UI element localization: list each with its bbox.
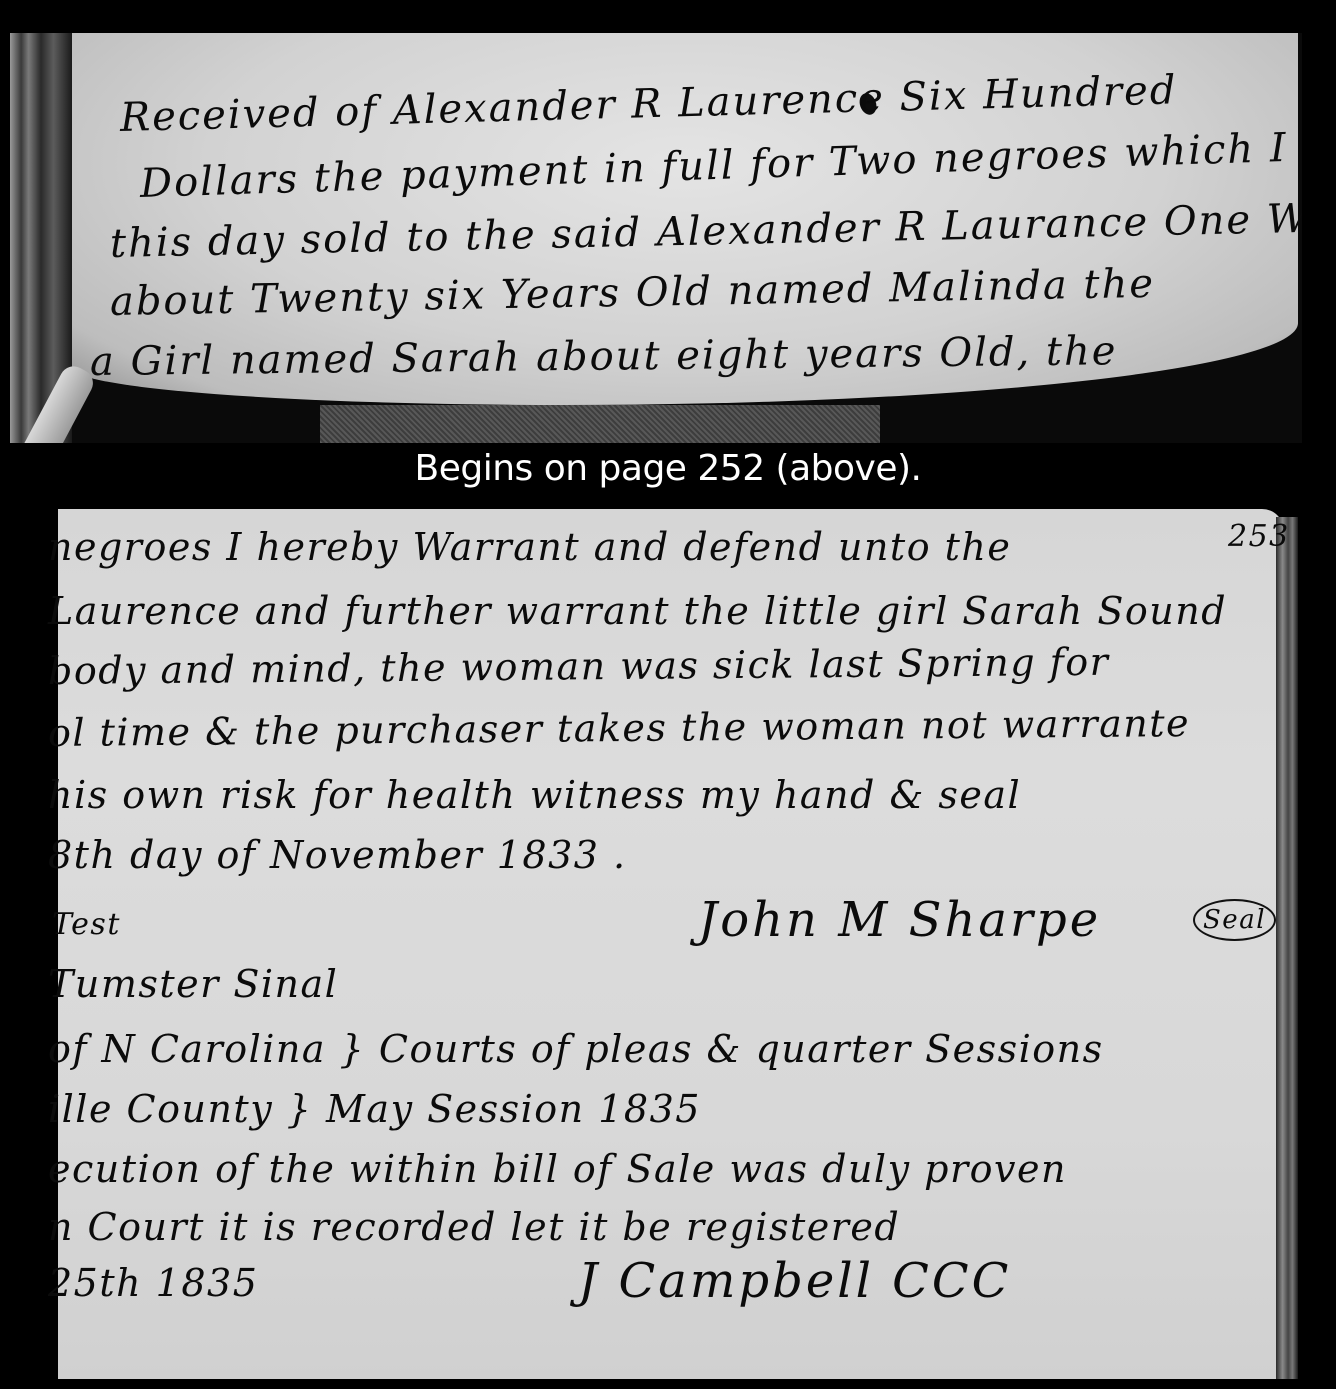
caption-text: Begins on page 252 (above). xyxy=(0,444,1336,494)
court-line: n Court it is recorded let it be registe… xyxy=(48,1205,900,1249)
document-viewer: Received of Alexander R Laurence Six Hun… xyxy=(0,0,1336,1389)
page-253-scan: negroes I hereby Warrant and defend unto… xyxy=(18,497,1318,1389)
court-line: of N Carolina } Courts of pleas & quarte… xyxy=(48,1027,1104,1071)
signature-john-sharpe: John M Sharpe xyxy=(698,892,1101,948)
handwritten-line: negroes I hereby Warrant and defend unto… xyxy=(48,525,1011,569)
page-252-scan: Received of Alexander R Laurence Six Hun… xyxy=(10,33,1302,443)
court-line: ecution of the within bill of Sale was d… xyxy=(48,1147,1067,1191)
frame-border xyxy=(0,1379,1336,1389)
clerk-signature: J Campbell CCC xyxy=(578,1253,1011,1309)
handwritten-line: body and mind, the woman was sick last S… xyxy=(48,640,1110,693)
page-edge xyxy=(1276,517,1298,1389)
court-line: ille County } May Session 1835 xyxy=(48,1087,701,1131)
handwritten-line: 8th day of November 1833 . xyxy=(48,833,627,877)
handwritten-line: Laurence and further warrant the little … xyxy=(48,589,1227,633)
date-note: 25th 1835 xyxy=(48,1261,258,1305)
witness-mark: Test xyxy=(52,907,121,942)
witness-name: Tumster Sinal xyxy=(48,962,338,1006)
cloth-background xyxy=(320,405,880,443)
page-number: 253 xyxy=(1228,519,1290,554)
seal-mark: Seal xyxy=(1193,899,1276,941)
handwritten-line: his own risk for health witness my hand … xyxy=(48,773,1021,817)
